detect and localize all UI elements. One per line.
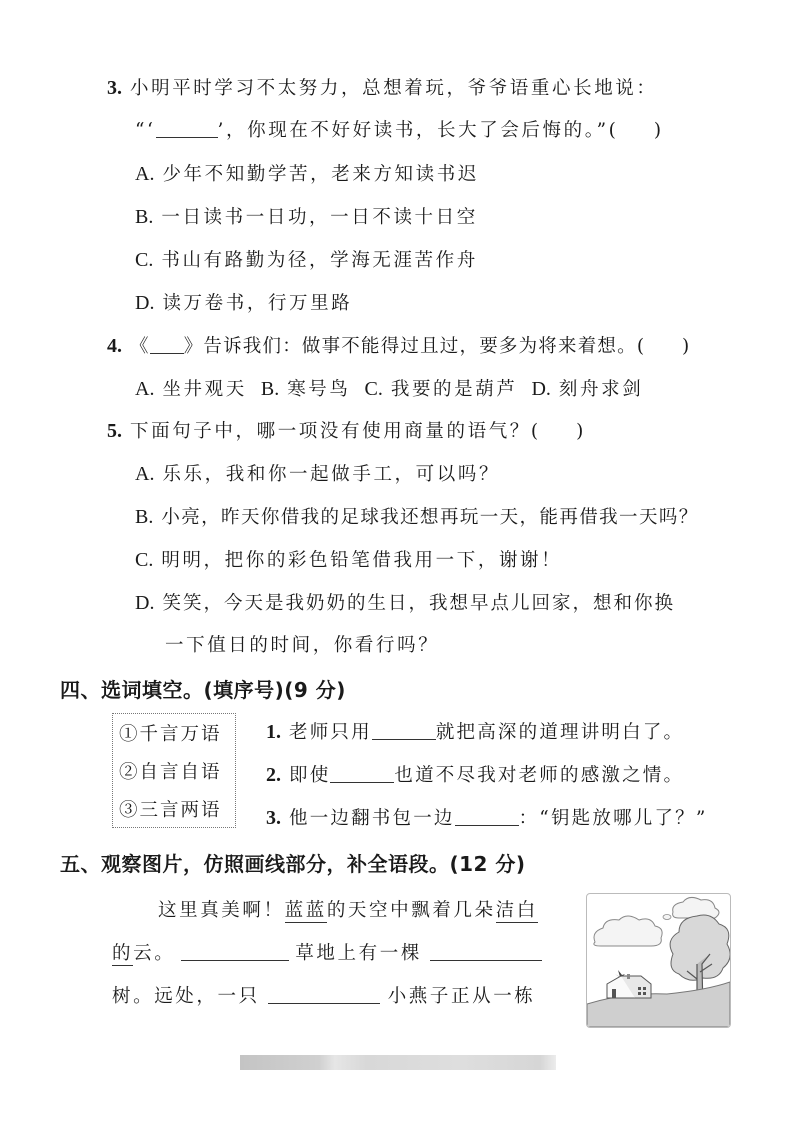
- question-3-line-2: “‘’，你现在不好好读书，长大了会后悔的。”(): [135, 119, 661, 143]
- option-label: B.: [135, 506, 153, 528]
- option[interactable]: D.笑笑，今天是我奶奶的生日，我想早点儿回家，想和你换: [135, 591, 675, 616]
- question-number: 3.: [107, 77, 122, 99]
- option[interactable]: C.明明，把你的彩色铅笔借我用一下，谢谢！: [135, 548, 562, 573]
- option-text: 书山有路勤为径，学海无涯苦作舟: [161, 250, 478, 271]
- question-4-options: A.坐井观天B.寒号鸟C.我要的是葫芦D.刻舟求剑: [135, 377, 643, 402]
- option[interactable]: B.小亮，昨天你借我的足球我还想再玩一天，能再借我一天吗？: [135, 505, 699, 530]
- word-bank: ①千言万语 ②自言自语 ③三言两语: [112, 713, 236, 828]
- word-option: ②自言自语: [119, 758, 222, 784]
- option-label: A.: [135, 463, 154, 485]
- fill-item: 2.即使也道不尽我对老师的感激之情。: [266, 763, 684, 788]
- option-text: 读万卷书，行万里路: [162, 293, 352, 314]
- fill-blank[interactable]: [181, 942, 289, 961]
- question-3-line-1: 3.小明平时学习不太努力，总想着玩，爷爷语重心长地说：: [107, 76, 658, 101]
- option-label: C.: [135, 249, 153, 271]
- fill-item: 3.他一边翻书包一边：“钥匙放哪儿了？”: [266, 806, 708, 831]
- question-5: 5.下面句子中，哪一项没有使用商量的语气？(): [107, 419, 583, 444]
- option-text: 一日读书一日功，一日不读十日空: [161, 207, 478, 228]
- option-text: 少年不知勤学苦，老来方知读书迟: [162, 164, 479, 185]
- underlined-example: 洁白: [496, 900, 538, 923]
- landscape-picture: [586, 893, 731, 1028]
- answer-paren[interactable]: (): [531, 420, 583, 444]
- question-number: 4.: [107, 335, 122, 357]
- section-4-heading: 四、选词填空。(填序号)(9 分): [60, 674, 346, 703]
- paragraph-line-1: 这里真美啊！蓝蓝的天空中飘着几朵洁白: [158, 899, 538, 923]
- option[interactable]: B.寒号鸟: [261, 379, 351, 400]
- fill-blank[interactable]: [268, 985, 380, 1004]
- blurred-watermark: [240, 1055, 556, 1070]
- answer-paren[interactable]: (): [609, 119, 661, 143]
- quote-open: “‘: [135, 120, 156, 141]
- question-text: ’，你现在不好好读书，长大了会后悔的。”: [218, 120, 609, 141]
- question-number: 5.: [107, 420, 122, 442]
- book-title-open: 《: [130, 336, 150, 357]
- question-text: 下面句子中，哪一项没有使用商量的语气？: [130, 421, 531, 442]
- option-label: D.: [135, 592, 154, 614]
- option-text: 小亮，昨天你借我的足球我还想再玩一天，能再借我一天吗？: [161, 507, 698, 528]
- word-option: ③三言两语: [119, 796, 222, 822]
- paragraph-line-3: 树。远处，一只小燕子正从一栋: [112, 985, 535, 1009]
- word-option: ①千言万语: [119, 720, 222, 746]
- option-label: D.: [135, 292, 154, 314]
- option[interactable]: C.书山有路勤为径，学海无涯苦作舟: [135, 248, 478, 273]
- option-label: B.: [135, 206, 153, 228]
- fill-item: 1.老师只用就把高深的道理讲明白了。: [266, 720, 684, 745]
- underlined-example: 蓝蓝: [285, 900, 327, 923]
- landscape-illustration-icon: [587, 894, 730, 1027]
- paragraph-line-2: 的云。草地上有一棵: [112, 942, 542, 966]
- option[interactable]: A.坐井观天: [135, 379, 247, 400]
- question-text: 小明平时学习不太努力，总想着玩，爷爷语重心长地说：: [130, 78, 658, 99]
- option-label: A.: [135, 163, 154, 185]
- option[interactable]: D.刻舟求剑: [531, 379, 643, 400]
- fill-blank[interactable]: [156, 119, 218, 138]
- option-continuation: 一下值日的时间，你看行吗？: [165, 634, 439, 658]
- fill-blank[interactable]: [150, 335, 184, 354]
- option[interactable]: A.乐乐，我和你一起做手工，可以吗？: [135, 462, 500, 487]
- option-text: 笑笑，今天是我奶奶的生日，我想早点儿回家，想和你换: [162, 593, 675, 614]
- fill-blank[interactable]: [455, 807, 519, 826]
- question-text: 》告诉我们：做事不能得过且过，要多为将来着想。: [184, 336, 637, 357]
- option[interactable]: B.一日读书一日功，一日不读十日空: [135, 205, 478, 230]
- question-4: 4.《》告诉我们：做事不能得过且过，要多为将来着想。(): [107, 334, 689, 359]
- answer-paren[interactable]: (): [637, 335, 689, 359]
- option[interactable]: A.少年不知勤学苦，老来方知读书迟: [135, 162, 479, 187]
- fill-blank[interactable]: [372, 721, 436, 740]
- underlined-example: 的: [112, 943, 133, 966]
- section-5-heading: 五、观察图片，仿照画线部分，补全语段。(12 分): [60, 848, 526, 877]
- option[interactable]: C.我要的是葫芦: [365, 379, 518, 400]
- option-text: 明明，把你的彩色铅笔借我用一下，谢谢！: [161, 550, 562, 571]
- option-text: 乐乐，我和你一起做手工，可以吗？: [162, 464, 500, 485]
- option[interactable]: D.读万卷书，行万里路: [135, 291, 352, 316]
- option-label: C.: [135, 549, 153, 571]
- fill-blank[interactable]: [330, 764, 394, 783]
- fill-blank[interactable]: [430, 942, 542, 961]
